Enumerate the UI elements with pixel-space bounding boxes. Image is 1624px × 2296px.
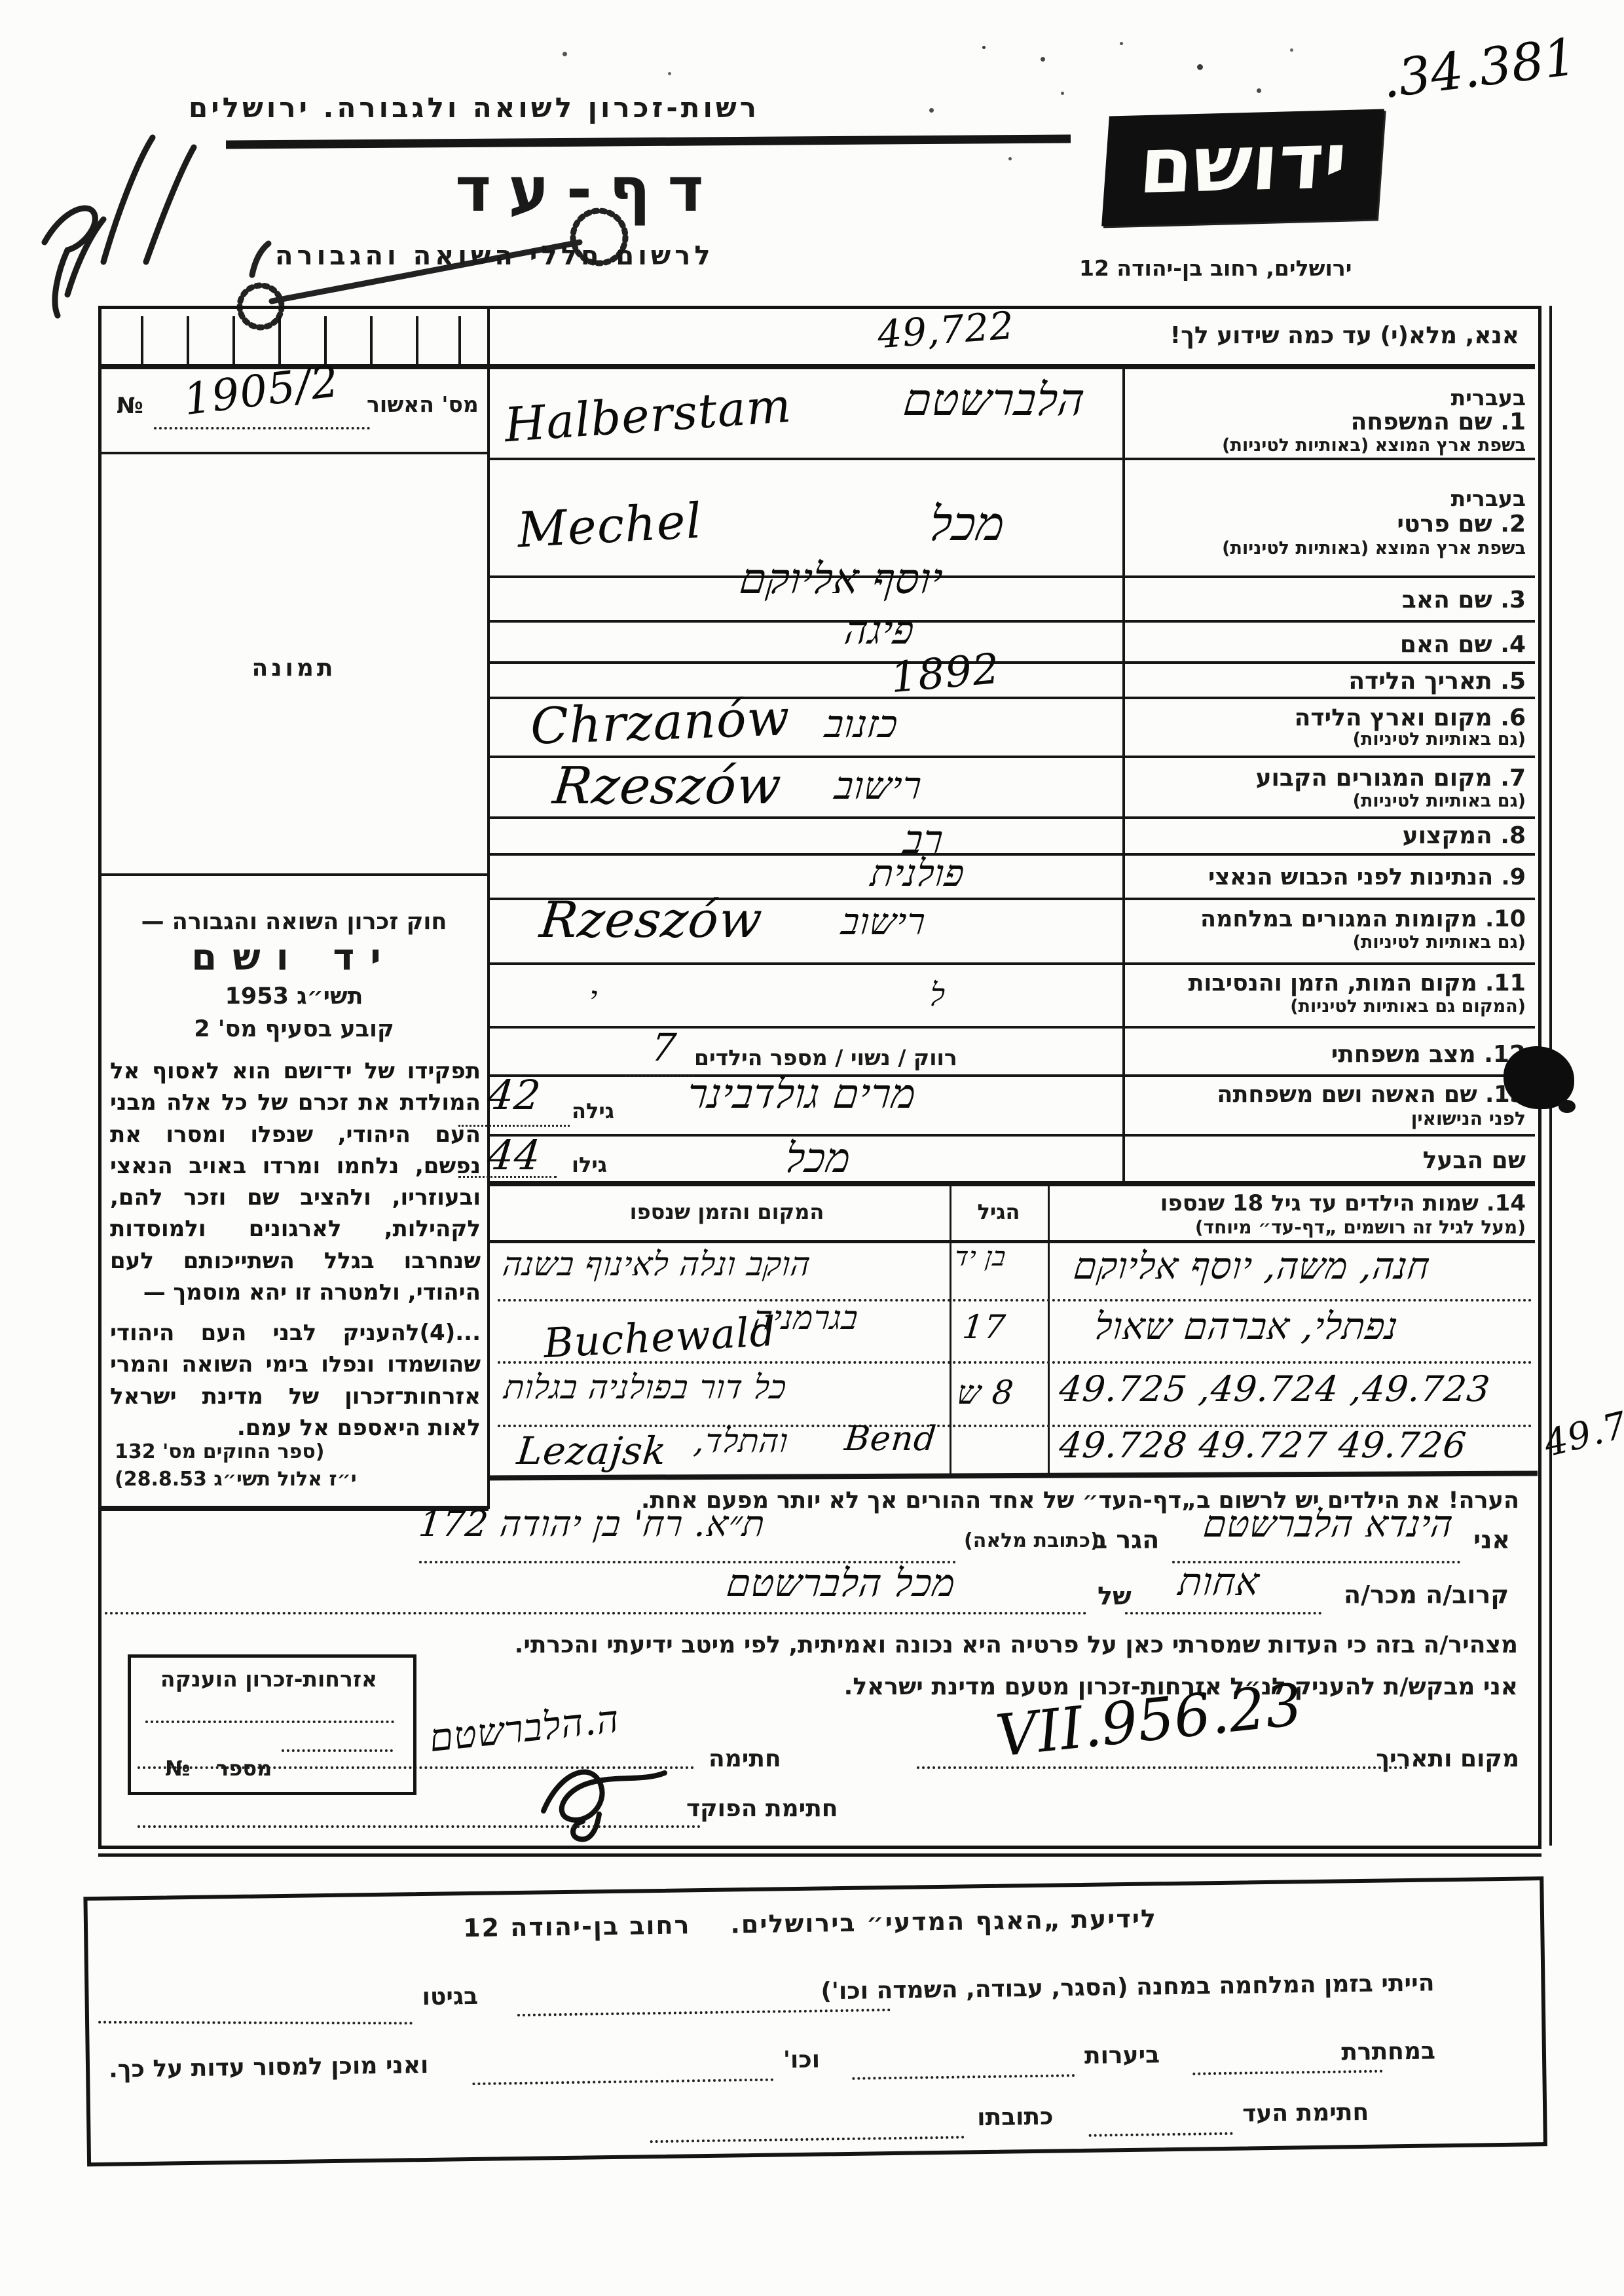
field-11-sub-label: (המקום גם באותיות לטיניות) — [1290, 996, 1526, 1017]
children-age-row2-handwritten: 17 — [961, 1308, 1008, 1346]
wartime-residence-latin-handwritten: Rzeszów — [537, 890, 765, 949]
ghetto-label: בגיטו — [422, 1983, 478, 2011]
first-name-hebrew-handwritten: מכל — [927, 496, 1008, 552]
field-4-label: 4. שם האם — [1400, 631, 1526, 658]
children-place-row4-latin-handwritten: Lezajsk — [515, 1429, 669, 1473]
field-6-label: 6. מקום וארץ הלידה — [1295, 704, 1526, 731]
field-12-label: 12. מצב משפחתי — [1331, 1041, 1526, 1068]
memorial-citizenship-title: אזרחות-זכרון הוענקה — [130, 1666, 408, 1692]
rule-row1 — [487, 458, 1535, 460]
ready-to-testify-label: ואני מוכן למסור עדות על כך. — [109, 2052, 429, 2083]
relation-entry-line — [1125, 1612, 1321, 1614]
field-9-label: 9. הנתינות לפני הכבוש הנאצי — [1208, 864, 1526, 890]
field-3-label: 3. שם האב — [1402, 587, 1526, 613]
residence-hebrew-handwritten: רישוב — [832, 763, 924, 808]
wartime-residence-hebrew-handwritten: רישוב — [840, 901, 928, 943]
rule-row10 — [487, 962, 1535, 965]
children-place-row4-latin2-handwritten: Bend — [843, 1419, 938, 1459]
rule-row7 — [487, 816, 1535, 819]
rule-approval-bottom — [100, 452, 489, 454]
wife-age-entry-line — [458, 1125, 570, 1127]
children-age-row3-handwritten: 8 ש — [955, 1374, 1016, 1412]
rule-row13 — [487, 1134, 1535, 1137]
marital-status-options: רווק / נשוי / מספר הילדים — [694, 1045, 957, 1070]
law-reference-line2: י״ז אלול תשי״ג 28.8.53) — [115, 1468, 357, 1491]
children-count-handwritten: 7 — [649, 1025, 678, 1070]
ruler-tick — [187, 316, 189, 365]
rule-left-column-divider — [487, 306, 490, 1509]
form-title: דף-עד — [455, 155, 721, 226]
ink-blot-satellite — [1559, 1100, 1576, 1113]
rule-table-col-divider-age-left — [1048, 1181, 1050, 1477]
rule-photo-bottom — [100, 873, 489, 876]
approval-entry-line — [154, 427, 370, 429]
science-panel-title-part1: לידיעת „האגף המדעי״ בירושלים. — [730, 1904, 1157, 1939]
approval-number-label: מס' האשור — [367, 392, 479, 417]
field-1-sub-label: בשפת ארץ המוצא (באותיות לטיניות) — [1222, 435, 1526, 456]
husband-age-label: גילו — [572, 1152, 607, 1177]
children-header-age: הגיל — [950, 1199, 1048, 1224]
declaration-statement: מצהיר/ה בזה כי העדות שמסרתי כאן על פרטיה… — [515, 1631, 1518, 1658]
ruler-tick — [458, 316, 461, 365]
ruler-tick — [416, 316, 418, 365]
clerk-signature-entry-line — [138, 1825, 701, 1828]
children-numbers-row4-handwritten: 49.726 49.727 49.728 — [1058, 1425, 1469, 1466]
rule-row11 — [487, 1026, 1535, 1029]
ruler-tick — [141, 316, 143, 365]
children-names-row2-handwritten: נפתלי, אברהם שאול — [1093, 1305, 1400, 1348]
memorial-number-label: מספר — [216, 1756, 272, 1781]
husband-name-handwritten: מכל — [783, 1134, 853, 1182]
children-header-line2: (מעל לגיל זה רושמים „דף-עד״ מיוחד) — [1195, 1216, 1526, 1238]
testimony-page-scan: 34.381. רשות-זכרון לשואה ולגבורה. ירושלי… — [0, 0, 1624, 2296]
first-name-latin-handwritten: Mechel — [516, 493, 703, 559]
husband-name-label: שם הבעל — [1423, 1147, 1526, 1174]
clerk-signature-scribble — [524, 1739, 688, 1844]
place-date-entry-line — [917, 1766, 1408, 1769]
field-10-label: 10. מקומות המגורים במלחמה — [1200, 906, 1526, 932]
file-number-handwritten: 34.381. — [1379, 27, 1579, 110]
witness-address-bottom-label: כתובתו — [977, 2104, 1054, 2132]
law-paragraph-2: ...(4)להעניק לבני העם היהודי שהושמדו ונפ… — [110, 1317, 481, 1444]
subject-name-handwritten: מכל הלברשטם — [724, 1561, 957, 1605]
wife-age-label: גילה — [572, 1099, 614, 1123]
memorial-no-symbol: № — [165, 1756, 191, 1781]
field-5-label: 5. תאריך הלידה — [1348, 668, 1526, 695]
children-numbers-row3-handwritten: 49.723, 49.724, 49.725 — [1058, 1368, 1492, 1410]
science-panel: לידיעת „האגף המדעי״ בירושלים. רחוב בן-יה… — [75, 1871, 1551, 2166]
rule-table-header-underline — [487, 1240, 1535, 1243]
children-header-line1: 14. שמות הילדים עד גיל 18 שנספו — [1160, 1190, 1526, 1216]
header-underline — [226, 134, 1071, 149]
field-6-sub-label: (גם באותיות לטיניות) — [1353, 729, 1526, 750]
field-13-sub-label: לפני הנישואין — [1411, 1108, 1526, 1129]
field-13-label: 13. שם האשה ושם משפחתה — [1217, 1082, 1526, 1108]
ruler-tick — [278, 316, 281, 365]
yad-vashem-logo-text: ידושם — [1103, 115, 1384, 212]
children-place-row3-handwritten: כל דור בפולניה בגלות — [502, 1368, 788, 1406]
declaration-i-label: אני — [1473, 1525, 1510, 1554]
children-place-row4-hebrew-handwritten: והתלד, — [692, 1422, 790, 1460]
rule-row3 — [487, 620, 1535, 623]
field-8-label: 8. המקצוע — [1403, 822, 1526, 849]
forests-label: ביערות — [1084, 2041, 1160, 2069]
rule-table-col-divider-age-right — [950, 1181, 951, 1477]
witness-signature-bottom-label: חתימת העד — [1242, 2099, 1369, 2128]
children-place-row1-handwritten: הוקב ונלה לאינוף בשנה — [501, 1245, 813, 1283]
relation-handwritten: אחות — [1176, 1559, 1261, 1604]
relative-acquaintance-label: קרוב/ה מכר/ה — [1344, 1580, 1509, 1609]
birth-date-handwritten: 1892 — [889, 645, 1002, 702]
signature-label: חתימה — [709, 1745, 781, 1772]
field-7-label: 7. מקום המגורים הקבוע — [1256, 765, 1526, 792]
clerk-signature-label: חתימת הפוקד — [686, 1795, 838, 1822]
wife-name-handwritten: מרים גולדבינר — [685, 1070, 919, 1118]
children-count-entry-line — [625, 1075, 694, 1077]
law-title-year: תשי״ג 1953 — [105, 983, 483, 1010]
citizenship-handwritten: פולנית — [869, 852, 967, 895]
husband-age-entry-line — [458, 1176, 557, 1178]
father-name-handwritten: יוסף אליוקם — [737, 555, 946, 604]
form-bottom-double-line — [98, 1853, 1541, 1857]
subject-name-entry-line — [105, 1612, 1087, 1614]
law-paragraph-1: תפקידו של יד־ושם הוא לאסוף אל המולדת את … — [110, 1055, 481, 1308]
field-1-label: 1. שם המשפחה — [1351, 409, 1526, 435]
residing-label: הגר ב — [1092, 1525, 1159, 1554]
rule-row8 — [487, 853, 1535, 856]
birth-place-latin-handwritten: Chrzanów — [530, 688, 791, 756]
husband-age-handwritten: 44 — [485, 1131, 544, 1179]
full-address-label: (כתובת מלאה) — [964, 1529, 1099, 1552]
field-1-lang-label: בעברית — [1451, 385, 1526, 410]
photo-placeholder-label: תמונה — [100, 655, 489, 682]
law-title-yad-vashem: יד ושם — [105, 936, 483, 979]
children-header-place: המקום והזמן שנספו — [524, 1199, 930, 1224]
children-row-line1 — [498, 1299, 1532, 1302]
approval-no-symbol: № — [117, 393, 143, 419]
underground-label: במחתרת — [1341, 2037, 1435, 2066]
wife-age-handwritten: 42 — [485, 1071, 544, 1119]
form-subtitle: לרשום חללי השואה והגבורה — [275, 241, 714, 271]
etc-label: וכו' — [783, 2047, 821, 2074]
science-panel-title-part2: רחוב בן-יהודה 12 — [463, 1910, 691, 1942]
margin-number-handwritten: 49.729 — [1540, 1393, 1624, 1466]
field-7-sub-label: (גם באותיות לטיניות) — [1353, 791, 1526, 811]
law-reference-line1: (ספר החוקים מס' 132 — [115, 1440, 324, 1463]
field-2-sub-label: בשפת ארץ המוצא (באותיות לטיניות) — [1222, 538, 1526, 558]
birth-place-hebrew-handwritten: כזנוב — [822, 702, 900, 746]
children-age-row1-handwritten: בן יד — [953, 1241, 1008, 1272]
rule-table-top-heavy — [487, 1181, 1535, 1186]
scan-noise — [982, 46, 986, 49]
witness-name-handwritten: הינדא הלברשטם — [1202, 1503, 1456, 1546]
record-number-handwritten: 49,722 — [876, 303, 1016, 357]
witness-address-handwritten: ת״א. רח' בן יהודה 172 — [417, 1503, 767, 1544]
authority-title: רשות-זכרון לשואה ולגבורה. ירושלים — [189, 92, 760, 124]
ruler-tick — [232, 316, 235, 365]
ruler-tick — [370, 316, 373, 365]
law-title-line1: חוק זכרון השואה והגבורה — — [105, 909, 483, 935]
of-label: של — [1098, 1582, 1132, 1611]
memorial-number-line — [282, 1749, 393, 1752]
field-2-label: 2. שם פרטי — [1397, 511, 1526, 538]
rule-label-divider — [1122, 367, 1125, 1181]
memorial-entry-line — [145, 1721, 394, 1723]
family-name-hebrew-handwritten: הלברשטם — [901, 374, 1088, 426]
fill-instruction: אנא, מלא(י) עד כמה שידוע לך! — [1170, 322, 1519, 349]
rule-row4 — [487, 661, 1535, 664]
rule-row2 — [487, 575, 1535, 578]
children-names-row1-handwritten: חנה, משה, יוסף אליוקם — [1072, 1245, 1432, 1288]
residence-latin-handwritten: Rzeszów — [550, 757, 784, 816]
law-title-section: קובע בסעיף מס' 2 — [105, 1016, 483, 1042]
field-2-lang-label: בעברית — [1451, 486, 1526, 511]
office-address: ירושלים, רחוב בן-יהודה 12 — [1079, 255, 1352, 281]
field-10-sub-label: (גם באותיות לטיניות) — [1353, 932, 1526, 953]
yad-vashem-logo: ידושם — [1101, 109, 1384, 227]
mother-name-handwritten: פיגה — [842, 608, 916, 653]
field-11-label: 11. מקום המות, הזמן והנסיבות — [1188, 970, 1526, 996]
